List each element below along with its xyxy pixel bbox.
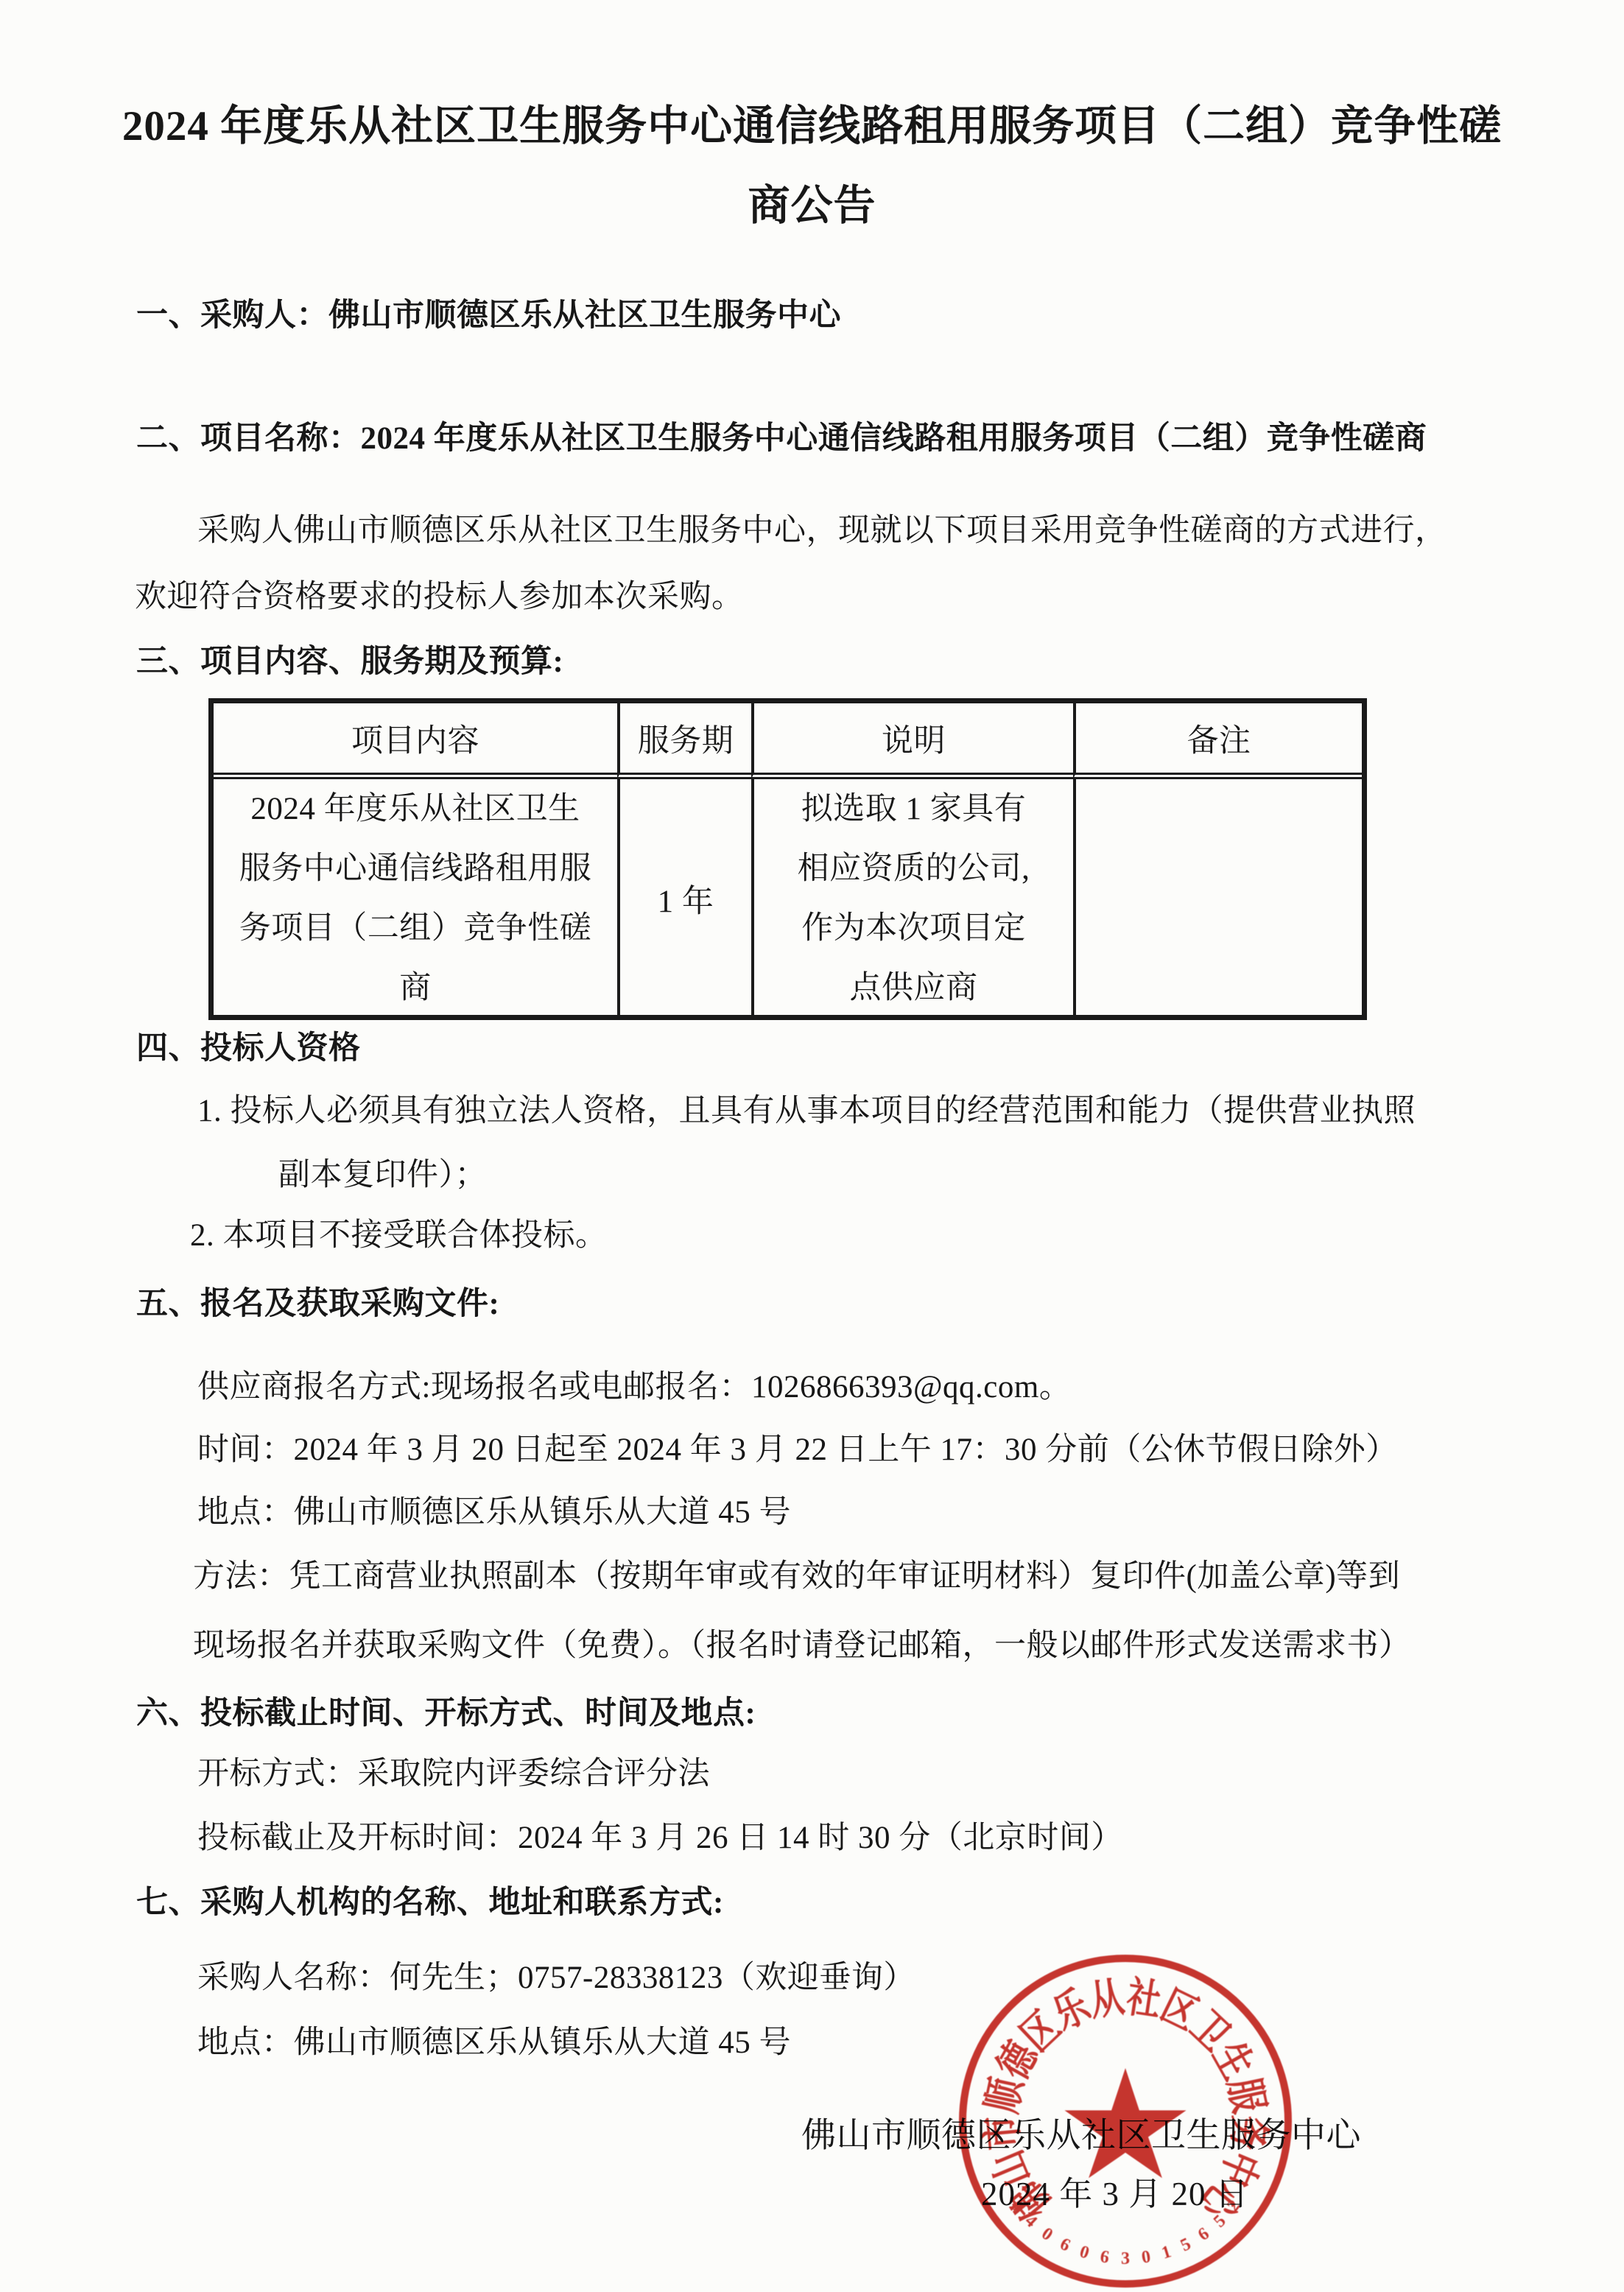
paragraph-intro-1: 采购人佛山市顺德区乐从社区卫生服务中心，现就以下项目采用竞争性磋商的方式进行， xyxy=(197,512,1447,550)
project-table: 项目内容 服务期 说明 备注 2024 年度乐从社区卫生服务中心通信线路租用服务… xyxy=(208,698,1367,1020)
line-registration-way-2: 现场报名并获取采购文件（免费）。（报名时请登记邮箱，一般以邮件形式发送需求书） xyxy=(193,1627,1411,1665)
qualification-item-1: 1. 投标人必须具有独立法人资格，且具有从事本项目的经营范围和能力（提供营业执照 xyxy=(197,1092,1416,1131)
page-title-line1: 2024 年度乐从社区卫生服务中心通信线路租用服务项目（二组）竞争性磋 xyxy=(0,87,1624,166)
line-contact-person: 采购人名称：何先生；0757-28338123（欢迎垂询） xyxy=(197,1959,915,1997)
heading-project-content: 三、项目内容、服务期及预算: xyxy=(136,643,563,681)
line-registration-time: 时间：2024 年 3 月 20 日起至 2024 年 3 月 22 日上午 1… xyxy=(197,1431,1398,1469)
heading-registration: 五、报名及获取采购文件: xyxy=(136,1285,499,1323)
qualification-item-1-cont: 副本复印件）； xyxy=(278,1156,487,1195)
page-title: 2024 年度乐从社区卫生服务中心通信线路租用服务项目（二组）竞争性磋 商公告 xyxy=(0,87,1624,246)
table-header-term: 服务期 xyxy=(617,703,751,779)
heading-bid-deadline: 六、投标截止时间、开标方式、时间及地点: xyxy=(136,1695,756,1733)
table-cell-remark xyxy=(1073,779,1362,1018)
table-cell-description: 拟选取 1 家具有相应资质的公司,作为本次项目定点供应商 xyxy=(751,779,1073,1018)
line-opening-method: 开标方式：采取院内评委综合评分法 xyxy=(197,1755,710,1793)
line-contact-address: 地点：佛山市顺德区乐从镇乐从大道 45 号 xyxy=(197,2024,791,2062)
heading-purchaser-contact: 七、采购人机构的名称、地址和联系方式: xyxy=(136,1884,724,1922)
paragraph-intro-2: 欢迎符合资格要求的投标人参加本次采购。 xyxy=(135,578,744,616)
table-cell-project: 2024 年度乐从社区卫生服务中心通信线路租用服务项目（二组）竞争性磋商 xyxy=(214,779,617,1018)
heading-bidder-qualification: 四、投标人资格 xyxy=(136,1030,361,1068)
announcement-document: 2024 年度乐从社区卫生服务中心通信线路租用服务项目（二组）竞争性磋 商公告 … xyxy=(0,0,1624,2292)
line-purchaser: 一、采购人：佛山市顺德区乐从社区卫生服务中心 xyxy=(136,297,841,335)
table-header-description: 说明 xyxy=(751,703,1073,779)
qualification-item-2: 2. 本项目不接受联合体投标。 xyxy=(190,1217,608,1255)
table-cell-term: 1 年 xyxy=(617,779,751,1018)
line-opening-time: 投标截止及开标时间：2024 年 3 月 26 日 14 时 30 分（北京时间… xyxy=(197,1819,1123,1857)
line-registration-place: 地点：佛山市顺德区乐从镇乐从大道 45 号 xyxy=(197,1494,791,1532)
line-registration-way-1: 方法：凭工商营业执照副本（按期年审或有效的年审证明材料）复印件(加盖公章)等到 xyxy=(193,1558,1400,1596)
official-seal: 佛山市顺德区乐从社区卫生服务中心 4406063015652 xyxy=(959,1955,1292,2288)
table-header-remark: 备注 xyxy=(1073,703,1362,779)
page-title-line2: 商公告 xyxy=(0,166,1624,246)
table-header-project: 项目内容 xyxy=(214,703,617,779)
line-registration-method: 供应商报名方式:现场报名或电邮报名：1026866393@qq.com。 xyxy=(197,1368,1071,1407)
line-project-name: 二、项目名称：2024 年度乐从社区卫生服务中心通信线路租用服务项目（二组）竞争… xyxy=(136,420,1427,458)
